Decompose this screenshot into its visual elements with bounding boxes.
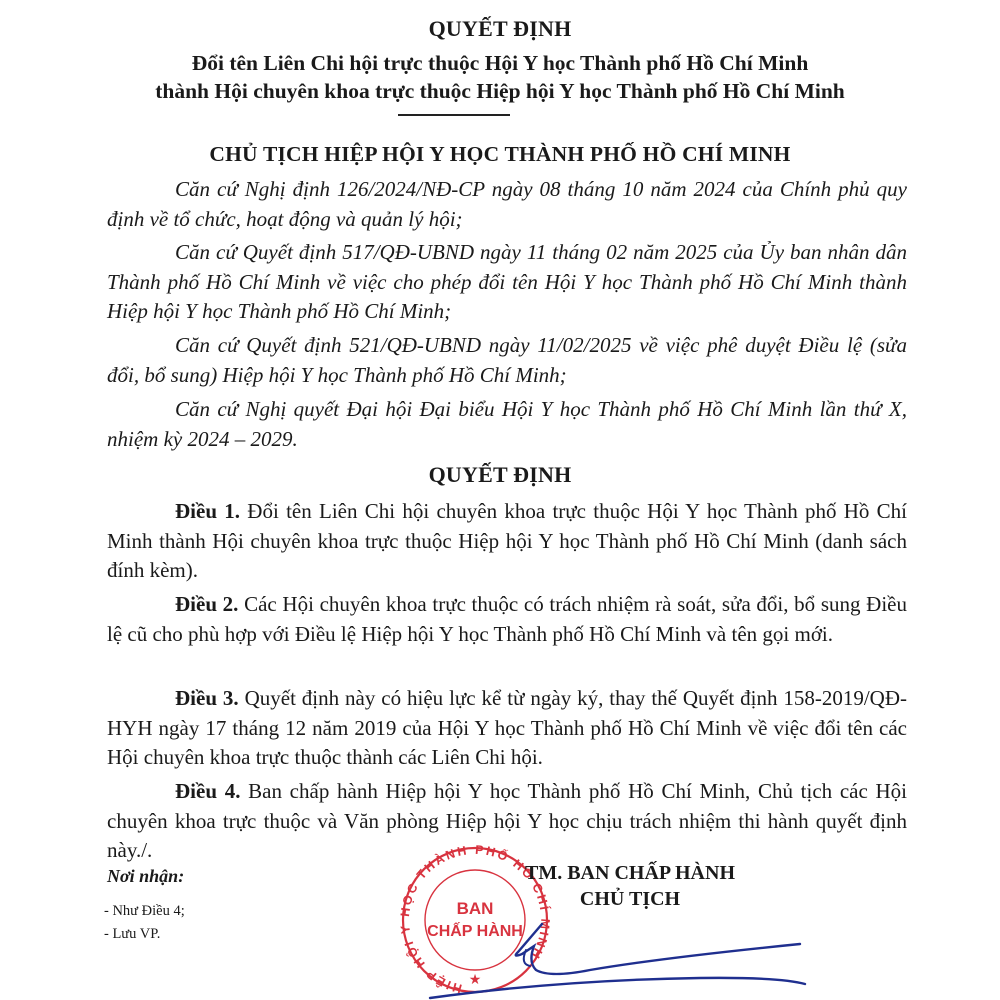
basis-paragraph: Căn cứ Nghị định 126/2024/NĐ-CP ngày 08 …	[107, 175, 907, 234]
basis-text: Căn cứ Nghị định 126/2024/NĐ-CP ngày 08 …	[107, 177, 907, 231]
decision-document: QUYẾT ĐỊNH Đổi tên Liên Chi hội trực thu…	[0, 0, 1000, 1000]
authority-heading: CHỦ TỊCH HIỆP HỘI Y HỌC THÀNH PHỐ HỒ CHÍ…	[0, 142, 1000, 167]
basis-paragraph: Căn cứ Quyết định 517/QĐ-UBND ngày 11 th…	[107, 238, 907, 327]
stamp-center-line1: BAN	[457, 899, 494, 918]
recipient-item: - Như Điều 4;	[104, 903, 185, 920]
document-title: QUYẾT ĐỊNH	[0, 16, 1000, 42]
basis-text: Căn cứ Quyết định 517/QĐ-UBND ngày 11 th…	[107, 240, 907, 323]
handwritten-signature-icon	[400, 920, 820, 1000]
article-label: Điều 3.	[175, 686, 239, 710]
article-1: Điều 1. Đổi tên Liên Chi hội chuyên khoa…	[107, 497, 907, 586]
document-subtitle-line1: Đổi tên Liên Chi hội trực thuộc Hội Y họ…	[0, 49, 1000, 77]
recipients-title: Nơi nhận:	[107, 866, 184, 887]
basis-paragraph: Căn cứ Quyết định 521/QĐ-UBND ngày 11/02…	[107, 331, 907, 390]
article-label: Điều 4.	[175, 779, 240, 803]
article-label: Điều 2.	[175, 592, 238, 616]
signature-title: TM. BAN CHẤP HÀNH	[520, 860, 740, 886]
signature-role: CHỦ TỊCH	[520, 886, 740, 912]
basis-paragraph: Căn cứ Nghị quyết Đại hội Đại biểu Hội Y…	[107, 395, 907, 454]
title-divider	[398, 114, 510, 116]
recipient-item: - Lưu VP.	[104, 926, 160, 943]
basis-text: Căn cứ Nghị quyết Đại hội Đại biểu Hội Y…	[107, 397, 907, 451]
basis-text: Căn cứ Quyết định 521/QĐ-UBND ngày 11/02…	[107, 333, 907, 387]
document-subtitle-line2: thành Hội chuyên khoa trực thuộc Hiệp hộ…	[0, 77, 1000, 105]
decision-heading: QUYẾT ĐỊNH	[0, 462, 1000, 488]
article-label: Điều 1.	[175, 499, 240, 523]
article-2: Điều 2. Các Hội chuyên khoa trực thuộc c…	[107, 590, 907, 649]
article-3: Điều 3. Quyết định này có hiệu lực kể từ…	[107, 684, 907, 773]
